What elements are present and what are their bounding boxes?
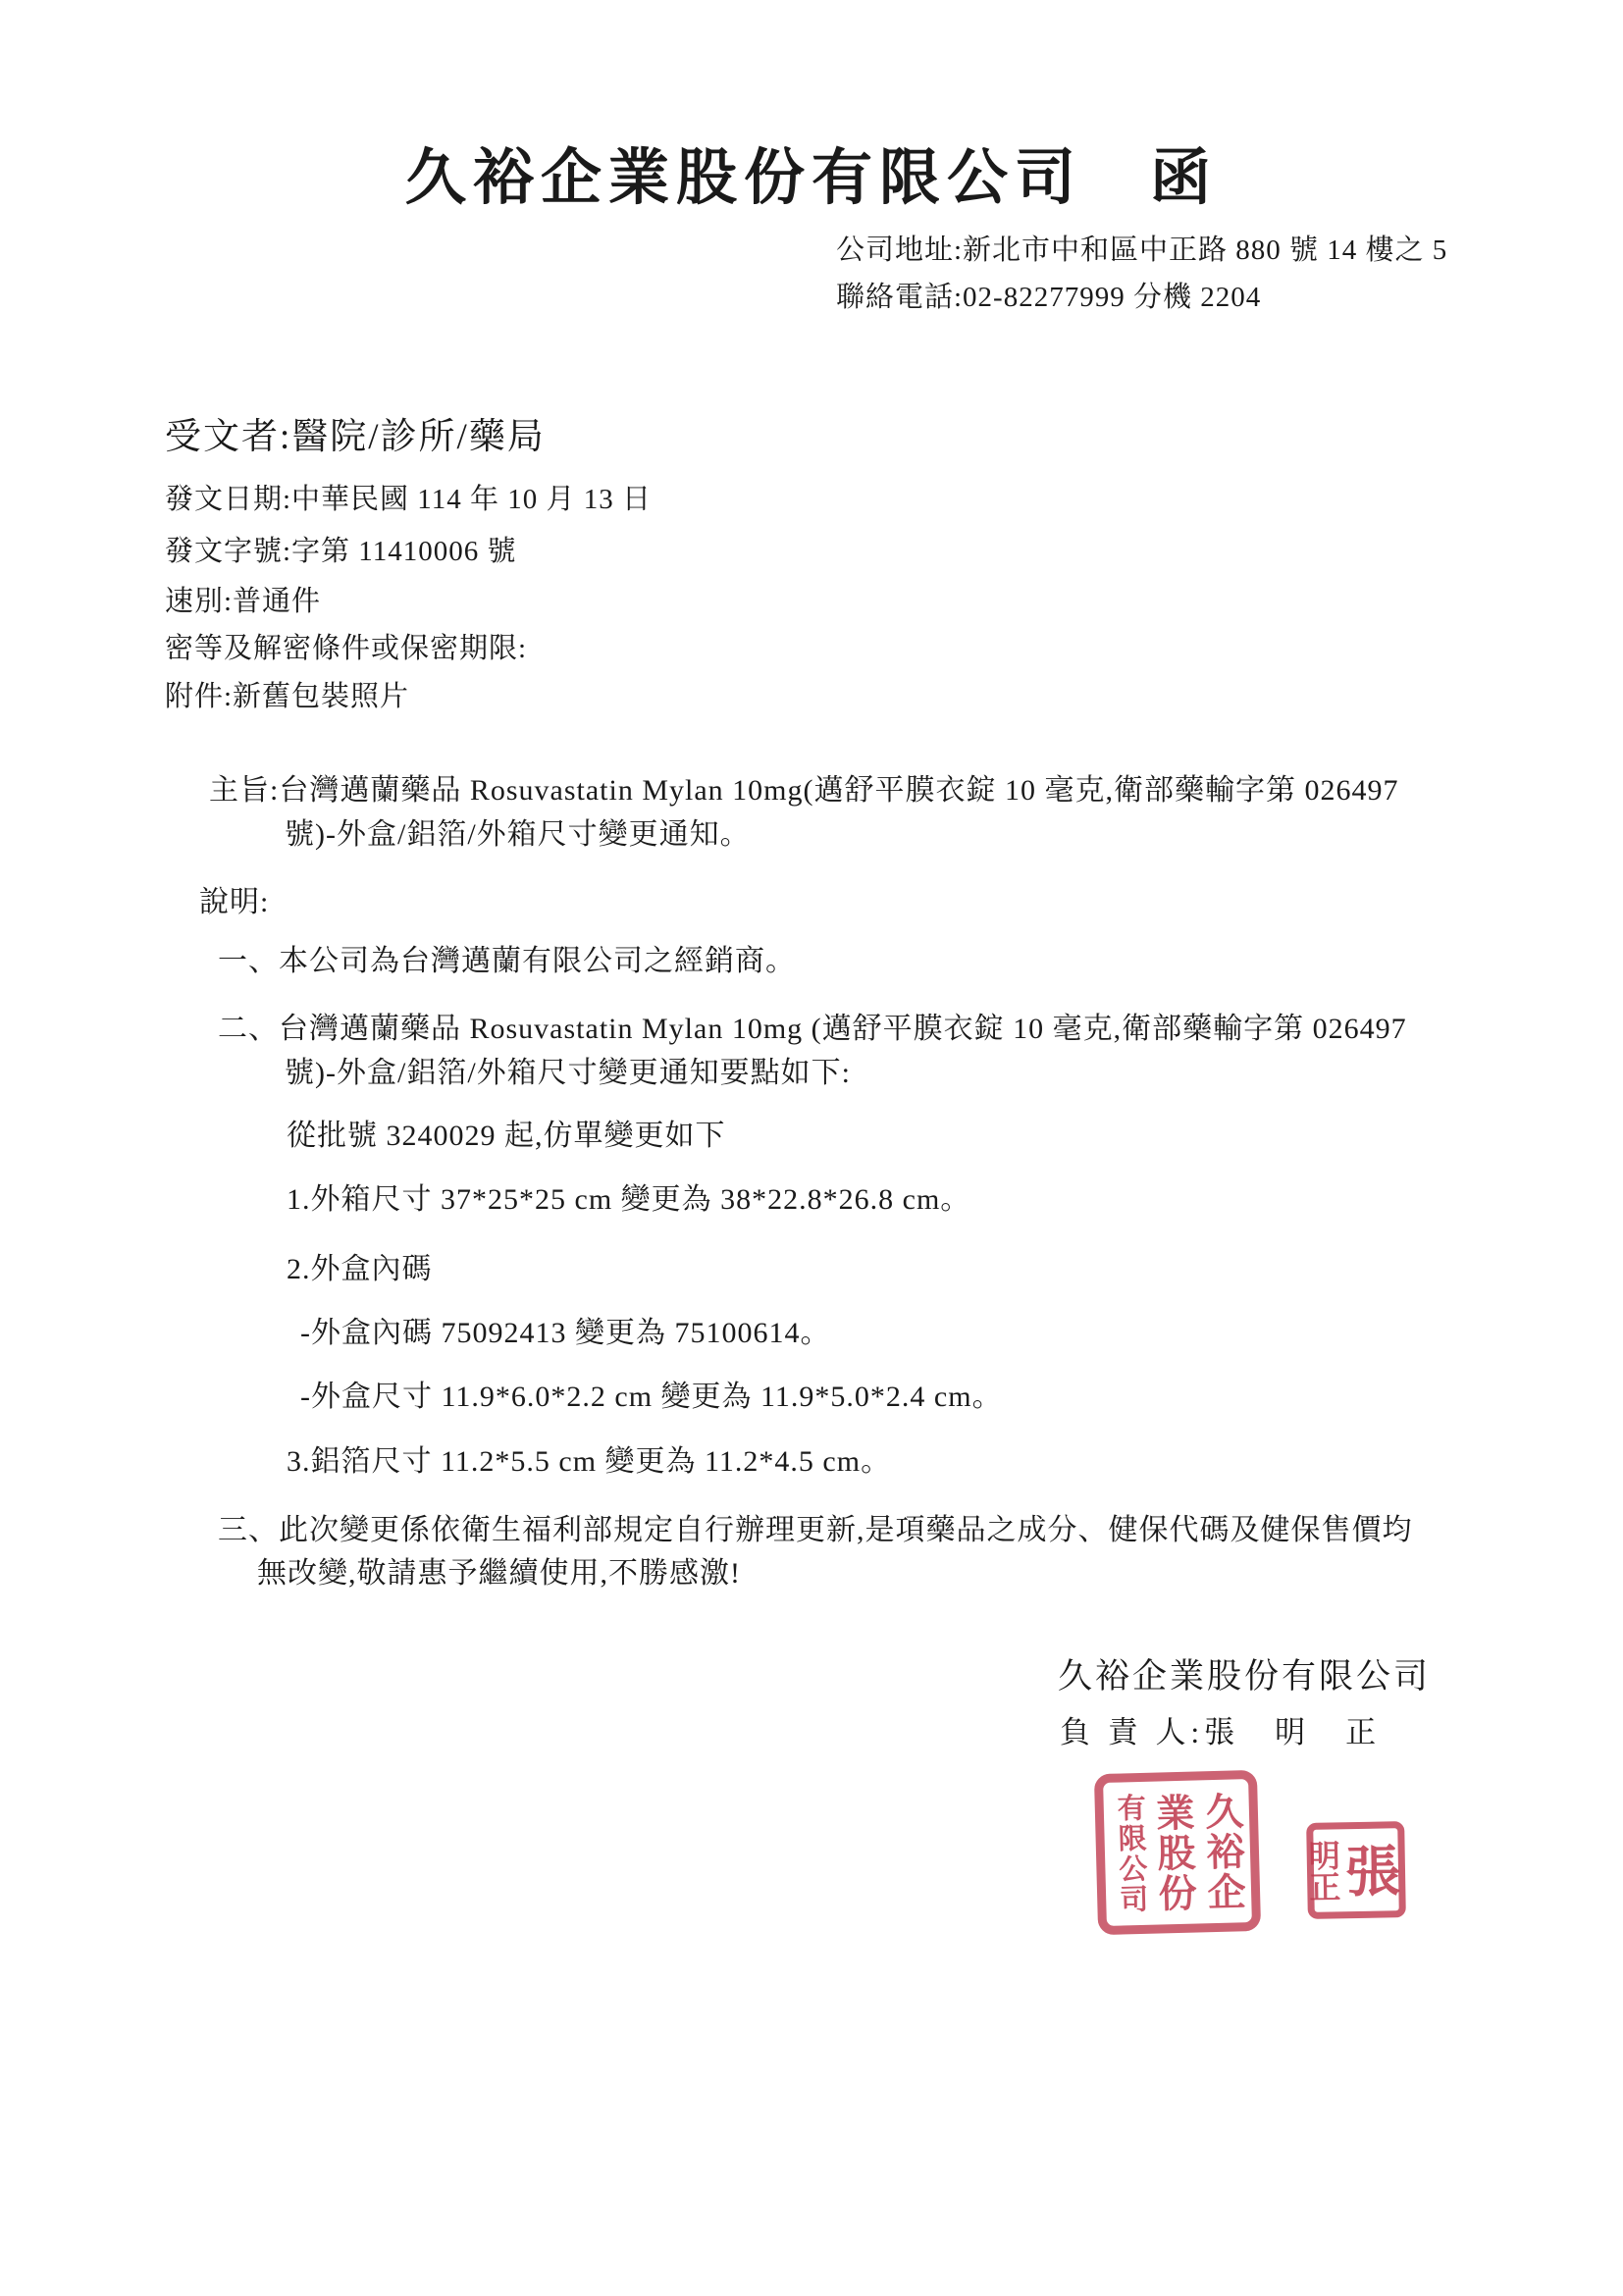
change-2-box-code-title: 2.外盒內碼 — [287, 1252, 433, 1287]
signature-company-name: 久裕企業股份有限公司 — [1058, 1656, 1431, 1697]
change-2-box-size: -外盒尺寸 11.9*6.0*2.2 cm 變更為 11.9*5.0*2.4 c… — [300, 1380, 1003, 1415]
company-phone: 聯絡電話:02-82277999 分機 2204 — [836, 281, 1261, 315]
change-3-foil-size: 3.鋁箔尺寸 11.2*5.5 cm 變更為 11.2*4.5 cm。 — [287, 1444, 891, 1480]
batch-note: 從批號 3240029 起,仿單變更如下 — [287, 1119, 726, 1154]
company-seal-stamp: 久裕企 業股份 有限公司 — [1094, 1770, 1261, 1935]
recipient-line: 受文者:醫院/診所/藥局 — [165, 416, 546, 459]
subject-line-1: 主旨:台灣邁蘭藥品 Rosuvastatin Mylan 10mg(邁舒平膜衣錠… — [209, 773, 1398, 809]
priority-line: 速別:普通件 — [165, 585, 321, 619]
issue-date-line: 發文日期:中華民國 114 年 10 月 13 日 — [165, 483, 652, 517]
subject-line-2: 號)-外盒/鋁箔/外箱尺寸變更通知。 — [285, 817, 751, 853]
signature-representative: 負 責 人:張 明 正 — [1060, 1714, 1381, 1750]
explanation-item-3-line-2: 無改變,敬請惠予繼續使用,不勝感激! — [257, 1556, 741, 1592]
company-seal-column-3: 有限公司 — [1113, 1786, 1148, 1922]
personal-seal-given-name: 明正 — [1304, 1831, 1341, 1910]
representative-seal-stamp: 張 明正 — [1306, 1821, 1406, 1919]
company-seal-column-2: 業股份 — [1148, 1785, 1197, 1921]
explanation-item-3-line-1: 三、此次變更係依衛生福利部規定自行辦理更新,是項藥品之成分、健保代碼及健保售價均 — [218, 1513, 1413, 1548]
change-2-box-code: -外盒內碼 75092413 變更為 75100614。 — [300, 1316, 831, 1351]
doc-number-line: 發文字號:字第 11410006 號 — [165, 535, 516, 569]
attachment-line: 附件:新舊包裝照片 — [165, 680, 409, 714]
company-letter-title: 久裕企業股份有限公司 函 — [0, 142, 1623, 215]
company-seal-column-1: 久裕企 — [1197, 1783, 1246, 1919]
personal-seal-surname: 張 — [1339, 1830, 1395, 1909]
explanation-label: 說明: — [199, 885, 269, 920]
company-address: 公司地址:新北市中和區中正路 880 號 14 樓之 5 — [836, 234, 1447, 268]
letter-page: 久裕企業股份有限公司 函 公司地址:新北市中和區中正路 880 號 14 樓之 … — [0, 0, 1623, 2296]
explanation-item-2-line-1: 二、台灣邁蘭藥品 Rosuvastatin Mylan 10mg (邁舒平膜衣錠… — [218, 1012, 1407, 1047]
explanation-item-2-line-2: 號)-外盒/鋁箔/外箱尺寸變更通知要點如下: — [285, 1056, 851, 1091]
change-1-carton-size: 1.外箱尺寸 37*25*25 cm 變更為 38*22.8*26.8 cm。 — [287, 1182, 970, 1218]
secrecy-line: 密等及解密條件或保密期限: — [165, 632, 527, 666]
explanation-item-1: 一、本公司為台灣邁蘭有限公司之經銷商。 — [218, 944, 796, 979]
